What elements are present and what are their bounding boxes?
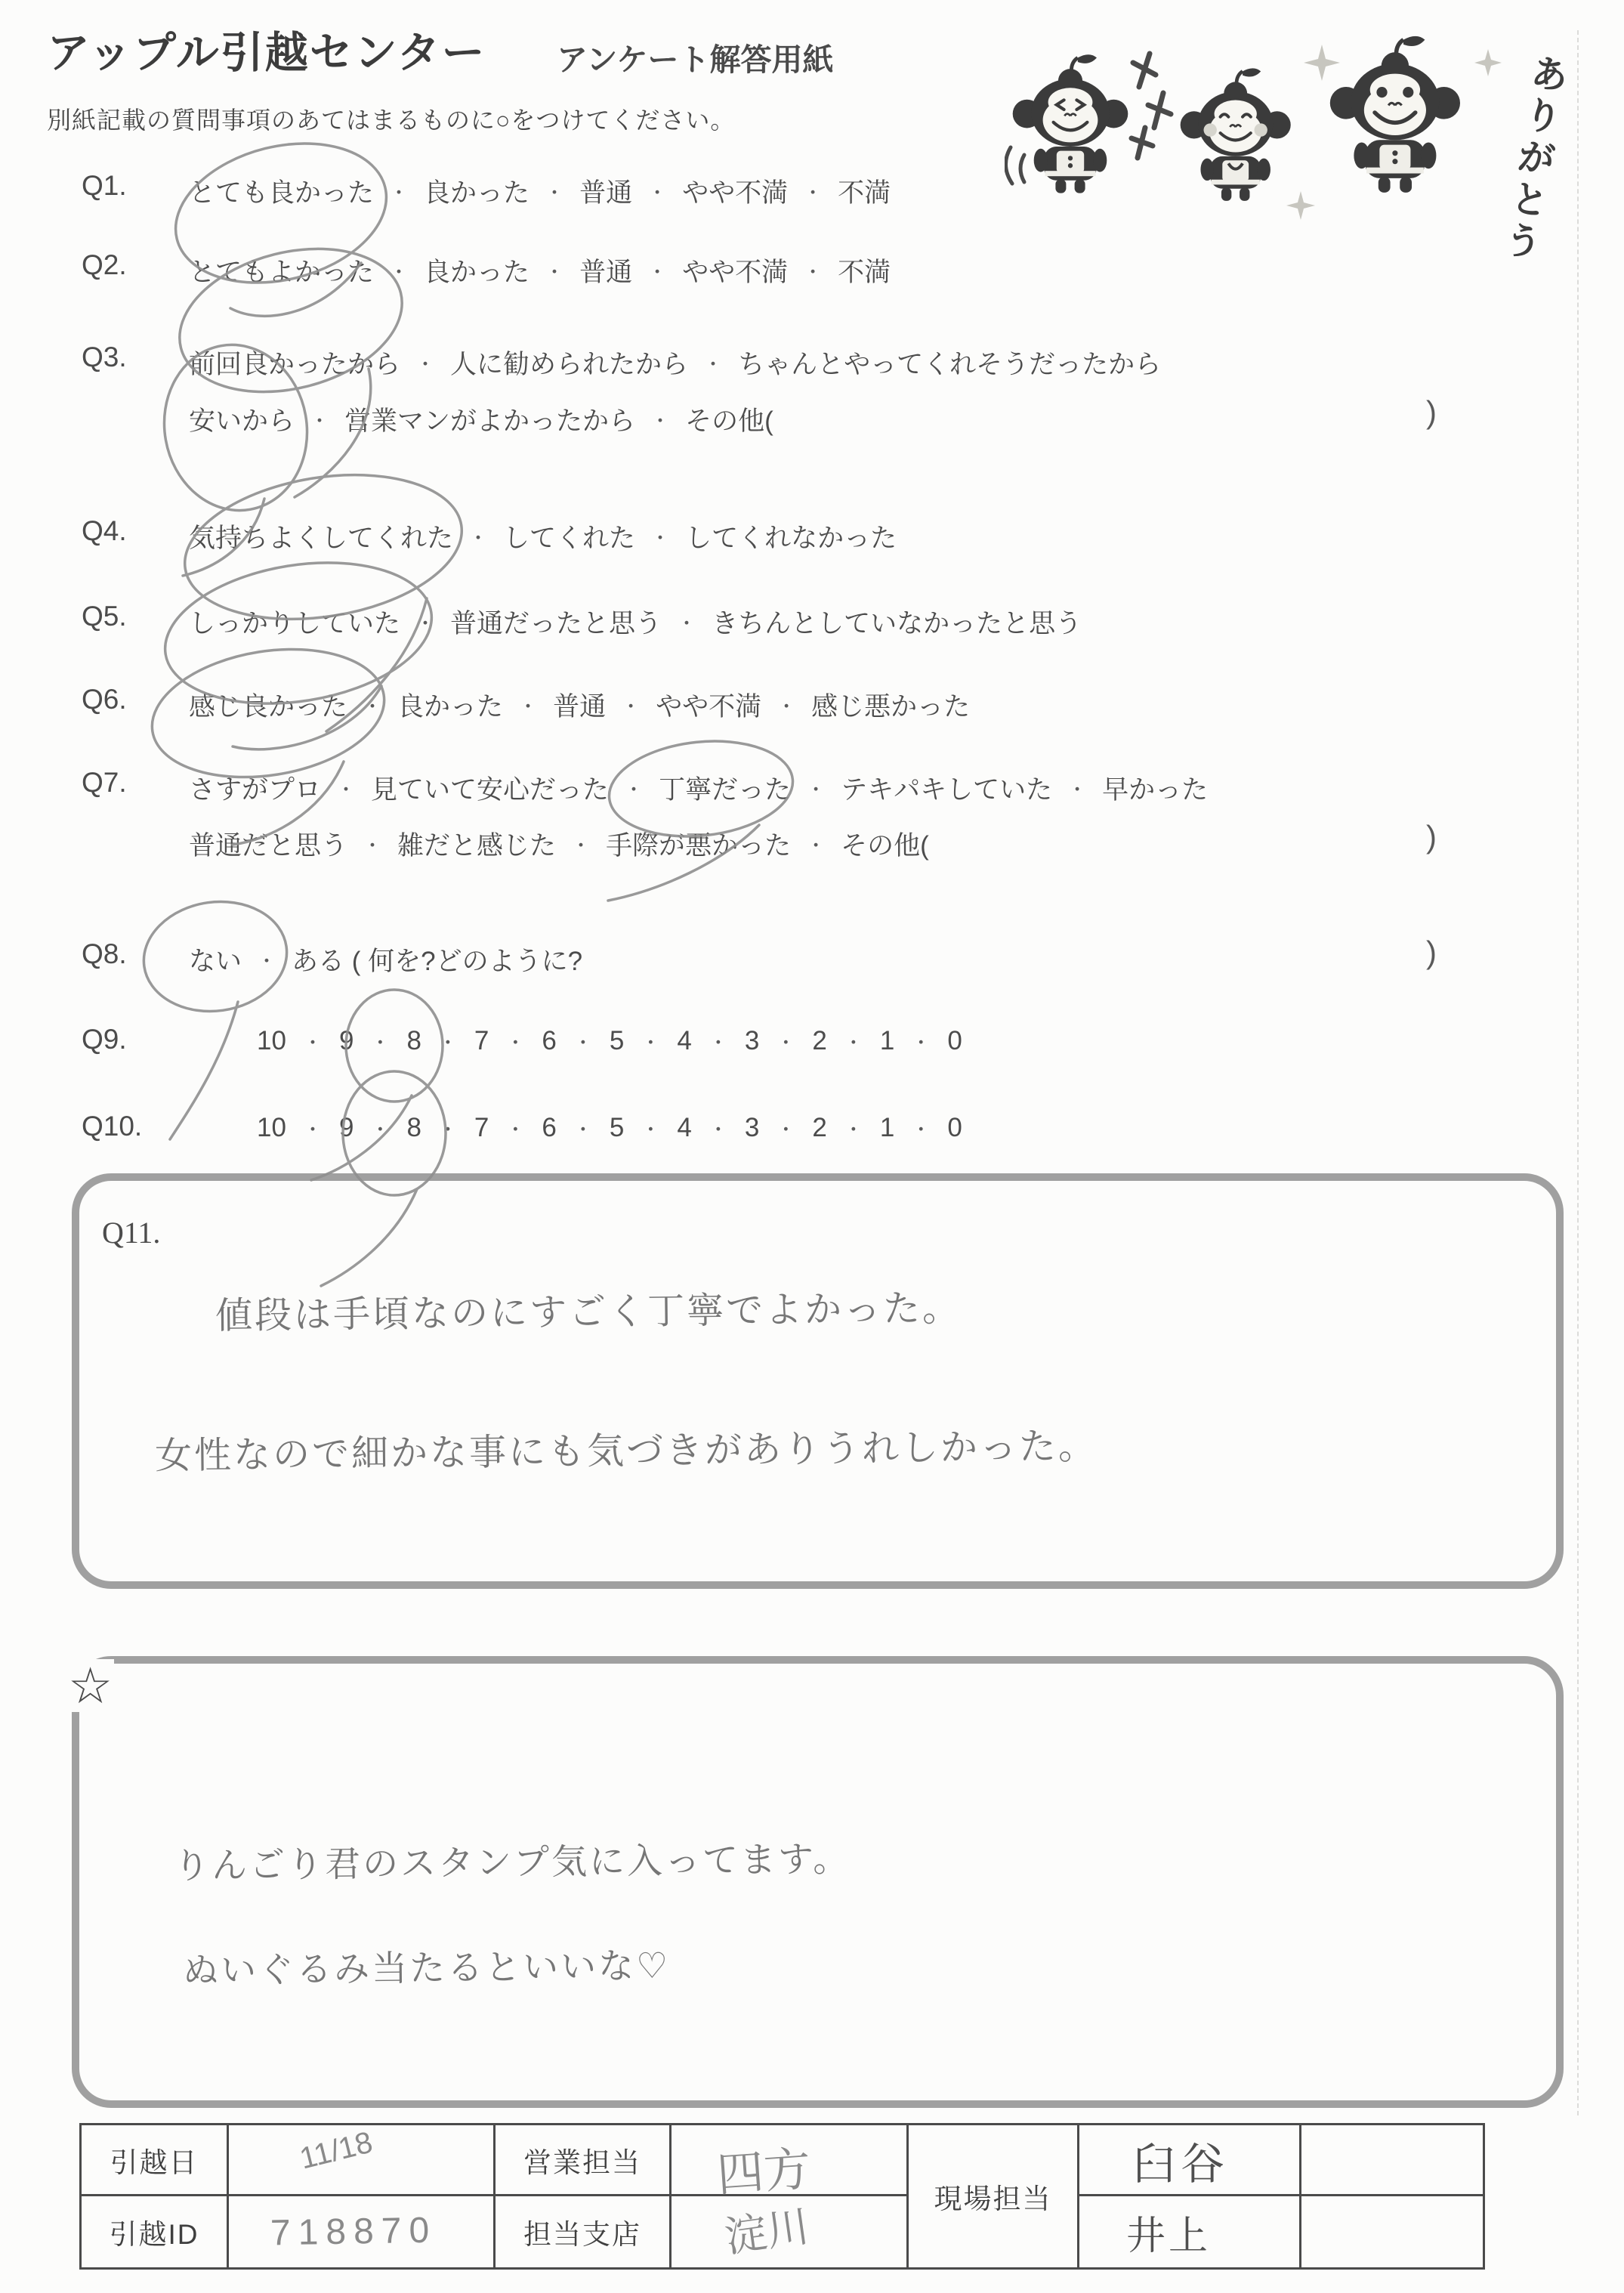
circle-q1-selected [161,122,401,316]
circle-q9-selected [311,990,443,1180]
circle-q5-selected [155,545,442,749]
circle-q4-selected [174,456,472,731]
survey-sheet: アップル引越センター アンケート解答用紙 別紙記載の質問事項のあてはまるものに○… [0,0,1624,2293]
handwritten-answer-circles [0,0,1624,2293]
circle-q8-selected [137,892,294,1139]
circle-q2-selected [165,227,418,497]
circle-q6-selected [143,634,394,845]
circle-q7-selected [604,733,798,901]
scan-edge-line [1577,30,1579,2115]
circle-q10-selected [321,1071,446,1286]
circle-q3-selected [151,333,320,576]
